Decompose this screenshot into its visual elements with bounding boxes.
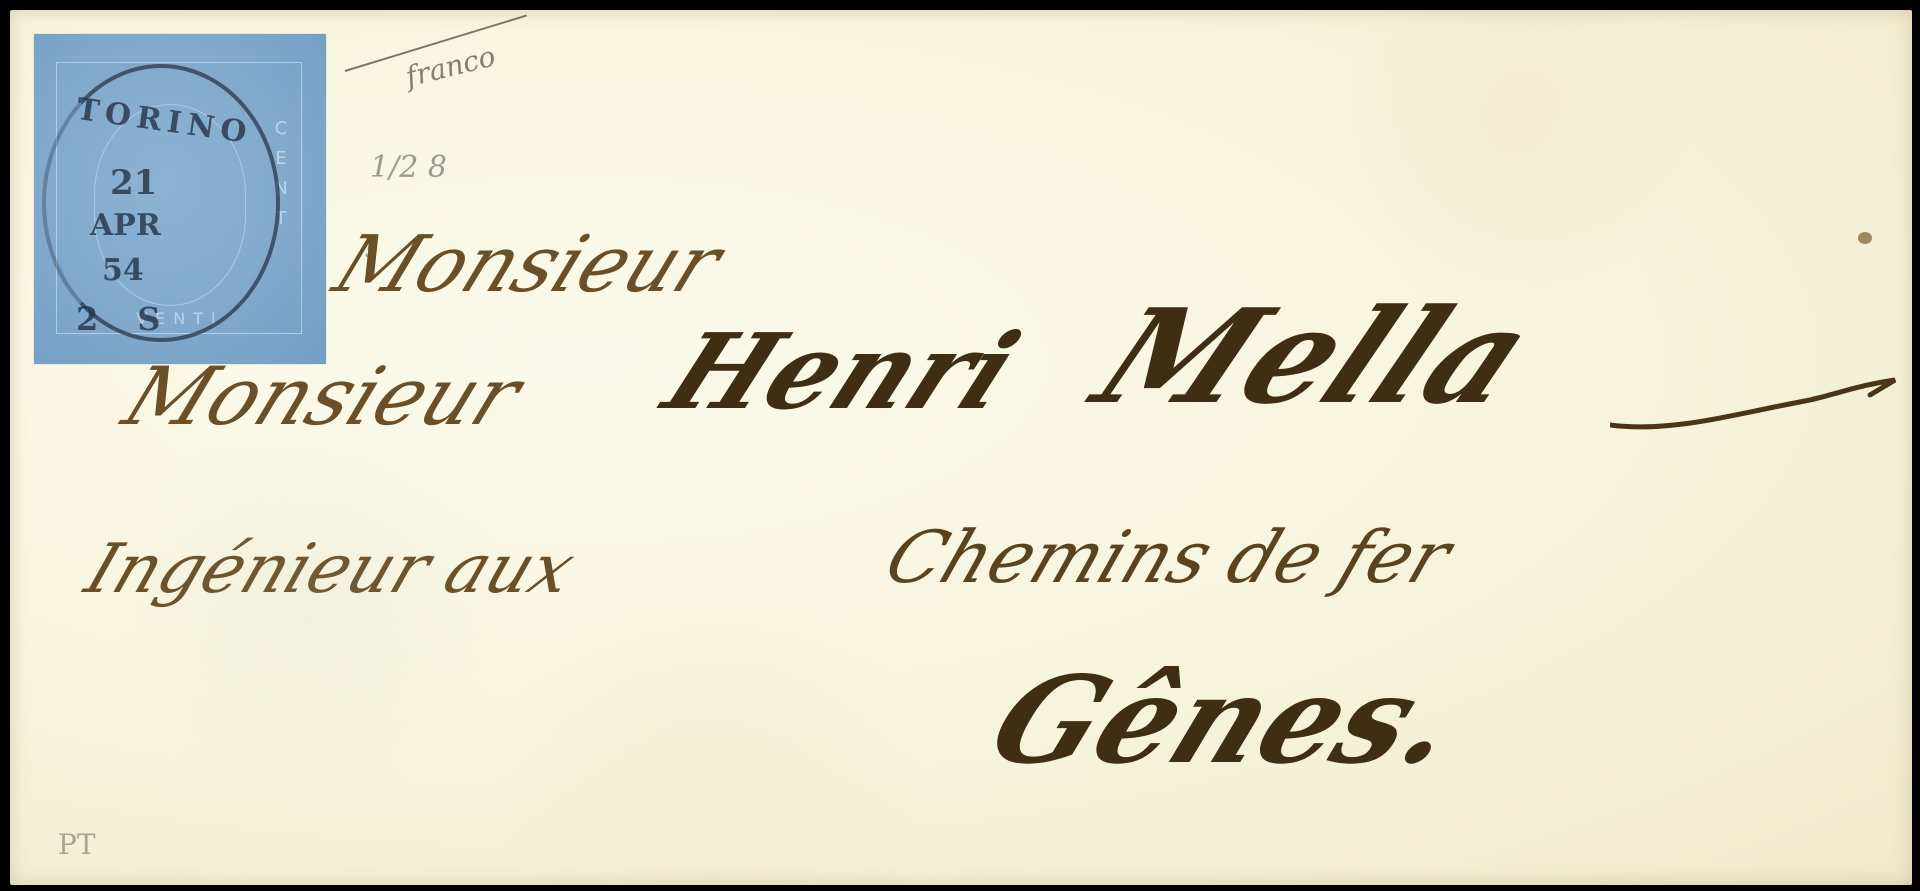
flourish-icon [1610,375,1910,435]
postmark-month: APR [90,208,161,243]
postmark-circle: TORINO 21 APR 54 2 S [42,64,280,342]
ink-spot [1858,232,1872,244]
address-salutation-2: Monsieur [111,350,534,443]
address-title-a: Ingénieur aux [76,530,586,609]
postage-stamp: C E N T VENTI TORINO 21 APR 54 2 S [34,34,326,364]
address-last-name: Mella [1073,280,1557,433]
address-city: Gênes. [972,650,1481,791]
address-first-name: Henri [648,310,1037,433]
envelope-cover: C E N T VENTI TORINO 21 APR 54 2 S franc… [10,10,1912,885]
pencil-rate-note: 1/2 8 [370,150,447,185]
postmark-hour: 2 S [76,300,175,338]
address-title-b: Chemins de fer [875,515,1462,599]
postmark-town: TORINO [74,92,254,151]
postmark-year: 54 [102,253,144,288]
pencil-initials: PT [58,828,96,861]
postmark-day: 21 [110,163,157,203]
address-salutation: Monsieur [322,220,734,310]
